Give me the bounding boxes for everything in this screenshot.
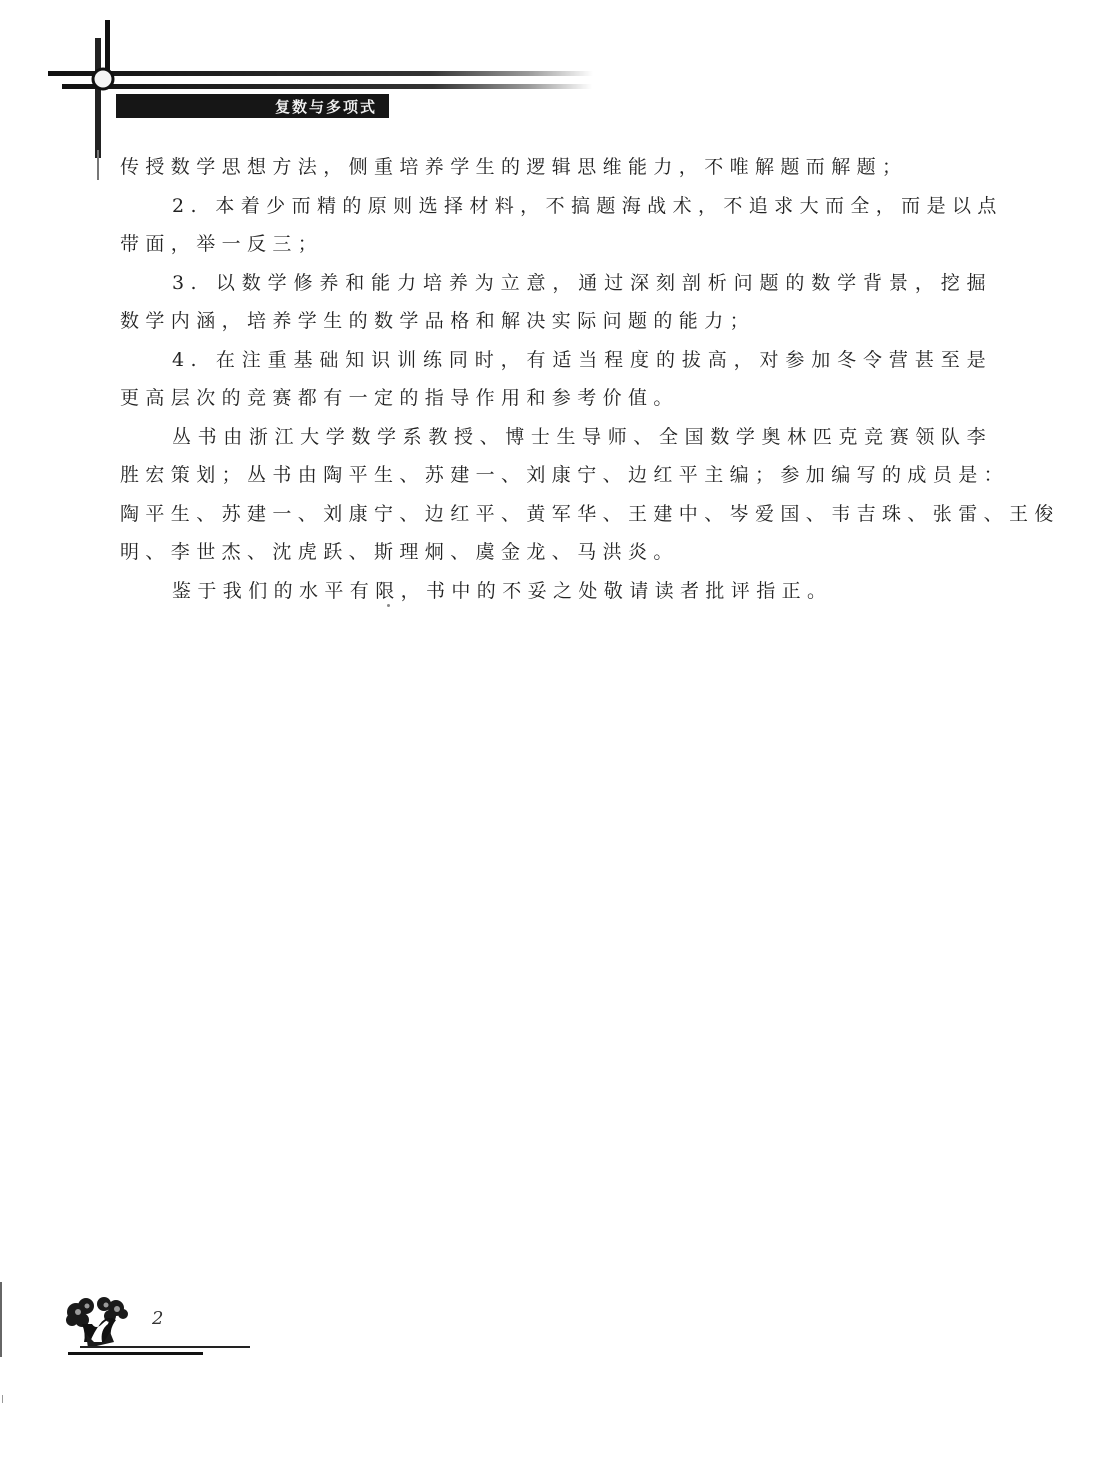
page-number: 2 (152, 1308, 163, 1329)
body-text: 传授数学思想方法，侧重培养学生的逻辑思维能力，不唯解题而解题； 2. 本着少而精… (120, 148, 992, 610)
margin-scan-mark (0, 1282, 2, 1357)
crosshair-ornament-icon (0, 0, 620, 160)
header-ornament: 复数与多项式 (0, 0, 620, 160)
text-line: 数学内涵，培养学生的数学品格和解决实际问题的能力； (120, 302, 992, 341)
text-line: 鉴于我们的水平有限，书中的不妥之处敬请读者批评指正。 (120, 572, 992, 611)
text-line: 带面，举一反三； (120, 225, 992, 264)
text-line: 4. 在注重基础知识训练同时，有适当程度的拔高，对参加冬令营甚至是 (120, 341, 992, 380)
margin-scan-mark (2, 1395, 3, 1403)
text-line: 胜宏策划；丛书由陶平生、苏建一、刘康宁、边红平主编；参加编写的成员是： (120, 456, 992, 495)
margin-scan-mark (97, 150, 99, 180)
text-line: 丛书由浙江大学数学系教授、博士生导师、全国数学奥林匹克竞赛领队李 (120, 418, 992, 457)
tree-icon (60, 1290, 260, 1370)
text-line: 传授数学思想方法，侧重培养学生的逻辑思维能力，不唯解题而解题； (120, 148, 992, 187)
text-line: 2. 本着少而精的原则选择材料，不搞题海战术，不追求大而全，而是以点 (120, 187, 992, 226)
text-line: 3. 以数学修养和能力培养为立意，通过深刻剖析问题的数学背景，挖掘 (120, 264, 992, 303)
scan-dot (387, 604, 390, 607)
text-line: 更高层次的竞赛都有一定的指导作用和参考价值。 (120, 379, 992, 418)
text-line: 陶平生、苏建一、刘康宁、边红平、黄军华、王建中、岑爱国、韦吉珠、张雷、王俊 (120, 495, 992, 534)
page-footer: 2 (60, 1290, 260, 1370)
chapter-title-banner: 复数与多项式 (116, 94, 389, 118)
chapter-title: 复数与多项式 (275, 96, 377, 117)
text-line: 明、李世杰、沈虎跃、斯理炯、虞金龙、马洪炎。 (120, 533, 992, 572)
